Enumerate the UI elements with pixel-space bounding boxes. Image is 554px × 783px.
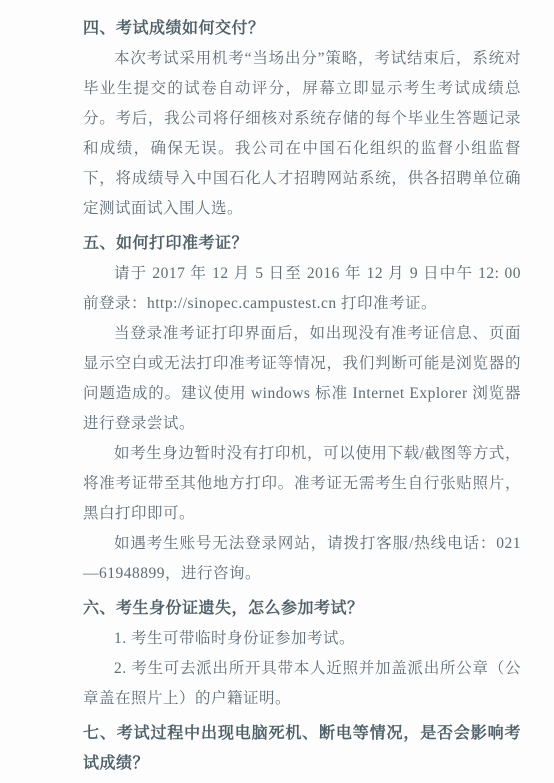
section-heading-5-print-admission-ticket: 五、如何打印准考证？ [83,229,521,259]
paragraph-score-delivery-answer: 本次考试采用机考“当场出分”策略，考试结束后，系统对毕业生提交的试卷自动评分，屏… [83,44,521,224]
section-heading-7-computer-crash: 七、考试过程中出现电脑死机、断电等情况，是否会影响考试成绩？ [83,719,521,779]
paragraph-browser-advice: 当登录准考证打印界面后，如出现没有准考证信息、页面显示空白或无法打印准考证等情况… [83,319,521,439]
section-heading-4-score-delivery: 四、考试成绩如何交付？ [83,14,521,44]
list-item-household-certificate: 2. 考生可去派出所开具带本人近照并加盖派出所公章（公章盖在照片上）的户籍证明。 [83,654,521,714]
document-page: 四、考试成绩如何交付？ 本次考试采用机考“当场出分”策略，考试结束后，系统对毕业… [0,0,554,783]
paragraph-no-printer-advice: 如考生身边暂时没有打印机，可以使用下载/截图等方式，将准考证带至其他地方打印。准… [83,439,521,529]
paragraph-print-login-url: 请于 2017 年 12 月 5 日至 2016 年 12 月 9 日中午 12… [83,259,521,319]
section-heading-6-lost-id-card: 六、考生身份证遗失，怎么参加考试？ [83,594,521,624]
paragraph-hotline-phone: 如遇考生账号无法登录网站，请拨打客服/热线电话：021—61948899，进行咨… [83,529,521,589]
list-item-temporary-id: 1. 考生可带临时身份证参加考试。 [83,624,521,654]
